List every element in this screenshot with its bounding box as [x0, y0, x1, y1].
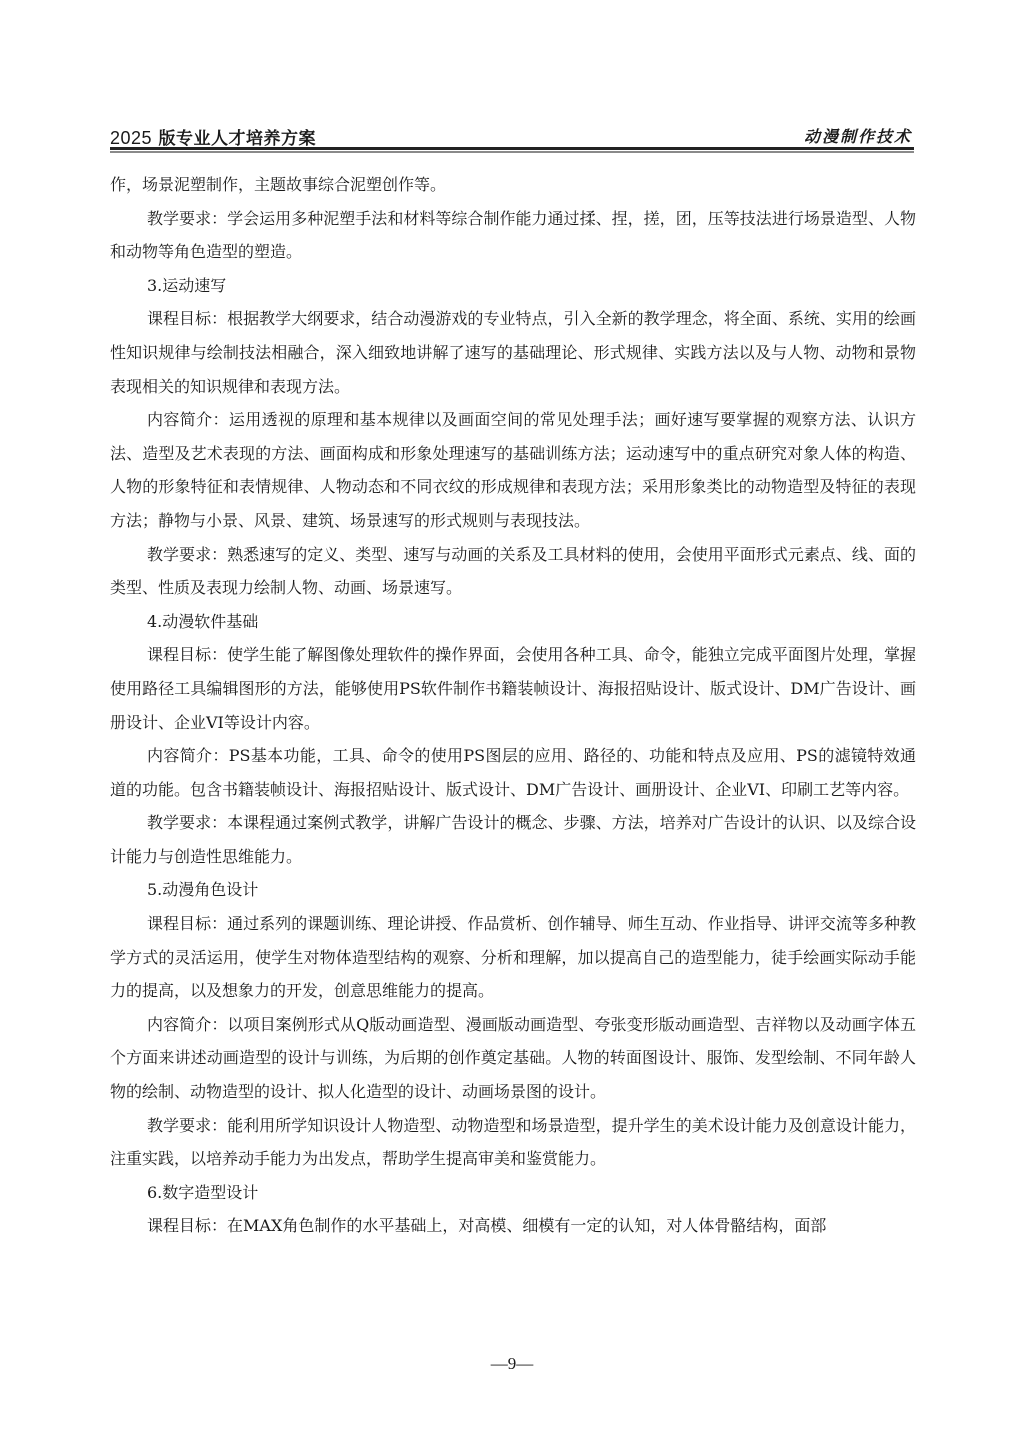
- header-left-title: 版专业人才培养方案: [152, 129, 316, 149]
- page-body: 作，场景泥塑制作，主题故事综合泥塑创作等。 教学要求：学会运用多种泥塑手法和材料…: [110, 168, 916, 1243]
- section-heading: 6.数字造型设计: [110, 1176, 916, 1210]
- paragraph-teaching-requirements: 教学要求：学会运用多种泥塑手法和材料等综合制作能力通过揉、捏，搓，团，压等技法进…: [110, 202, 916, 269]
- paragraph-content-summary: 内容简介：运用透视的原理和基本规律以及画面空间的常见处理手法；画好速写要掌握的观…: [110, 403, 916, 537]
- page-header: 2025 版专业人才培养方案 动漫制作技术: [110, 124, 914, 146]
- paragraph-course-objectives: 课程目标：通过系列的课题训练、理论讲授、作品赏析、创作辅导、师生互动、作业指导、…: [110, 907, 916, 1008]
- paragraph-course-objectives: 课程目标：在MAX角色制作的水平基础上，对高模、细模有一定的认知，对人体骨骼结构…: [110, 1209, 916, 1243]
- paragraph-course-objectives: 课程目标：根据教学大纲要求，结合动漫游戏的专业特点，引入全新的教学理念，将全面、…: [110, 302, 916, 403]
- header-rule-thin: [110, 151, 914, 153]
- paragraph-teaching-requirements: 教学要求：熟悉速写的定义、类型、速写与动画的关系及工具材料的使用，会使用平面形式…: [110, 538, 916, 605]
- section-heading: 4.动漫软件基础: [110, 605, 916, 639]
- paragraph-teaching-requirements: 教学要求：本课程通过案例式教学，讲解广告设计的概念、步骤、方法，培养对广告设计的…: [110, 806, 916, 873]
- section-heading: 5.动漫角色设计: [110, 873, 916, 907]
- paragraph-continuation: 作，场景泥塑制作，主题故事综合泥塑创作等。: [110, 168, 916, 202]
- header-year: 2025: [110, 128, 152, 148]
- header-document-title: 2025 版专业人才培养方案: [110, 124, 316, 149]
- header-program-name: 动漫制作技术: [804, 124, 912, 147]
- section-heading: 3.运动速写: [110, 269, 916, 303]
- header-rule-thick: [110, 147, 914, 150]
- paragraph-content-summary: 内容简介：以项目案例形式从Q版动画造型、漫画版动画造型、夸张变形版动画造型、吉祥…: [110, 1008, 916, 1109]
- paragraph-course-objectives: 课程目标：使学生能了解图像处理软件的操作界面，会使用各种工具、命令，能独立完成平…: [110, 638, 916, 739]
- paragraph-content-summary: 内容简介：PS基本功能，工具、命令的使用PS图层的应用、路径的、功能和特点及应用…: [110, 739, 916, 806]
- page-number: —9—: [0, 1354, 1024, 1374]
- paragraph-teaching-requirements: 教学要求：能利用所学知识设计人物造型、动物造型和场景造型，提升学生的美术设计能力…: [110, 1109, 916, 1176]
